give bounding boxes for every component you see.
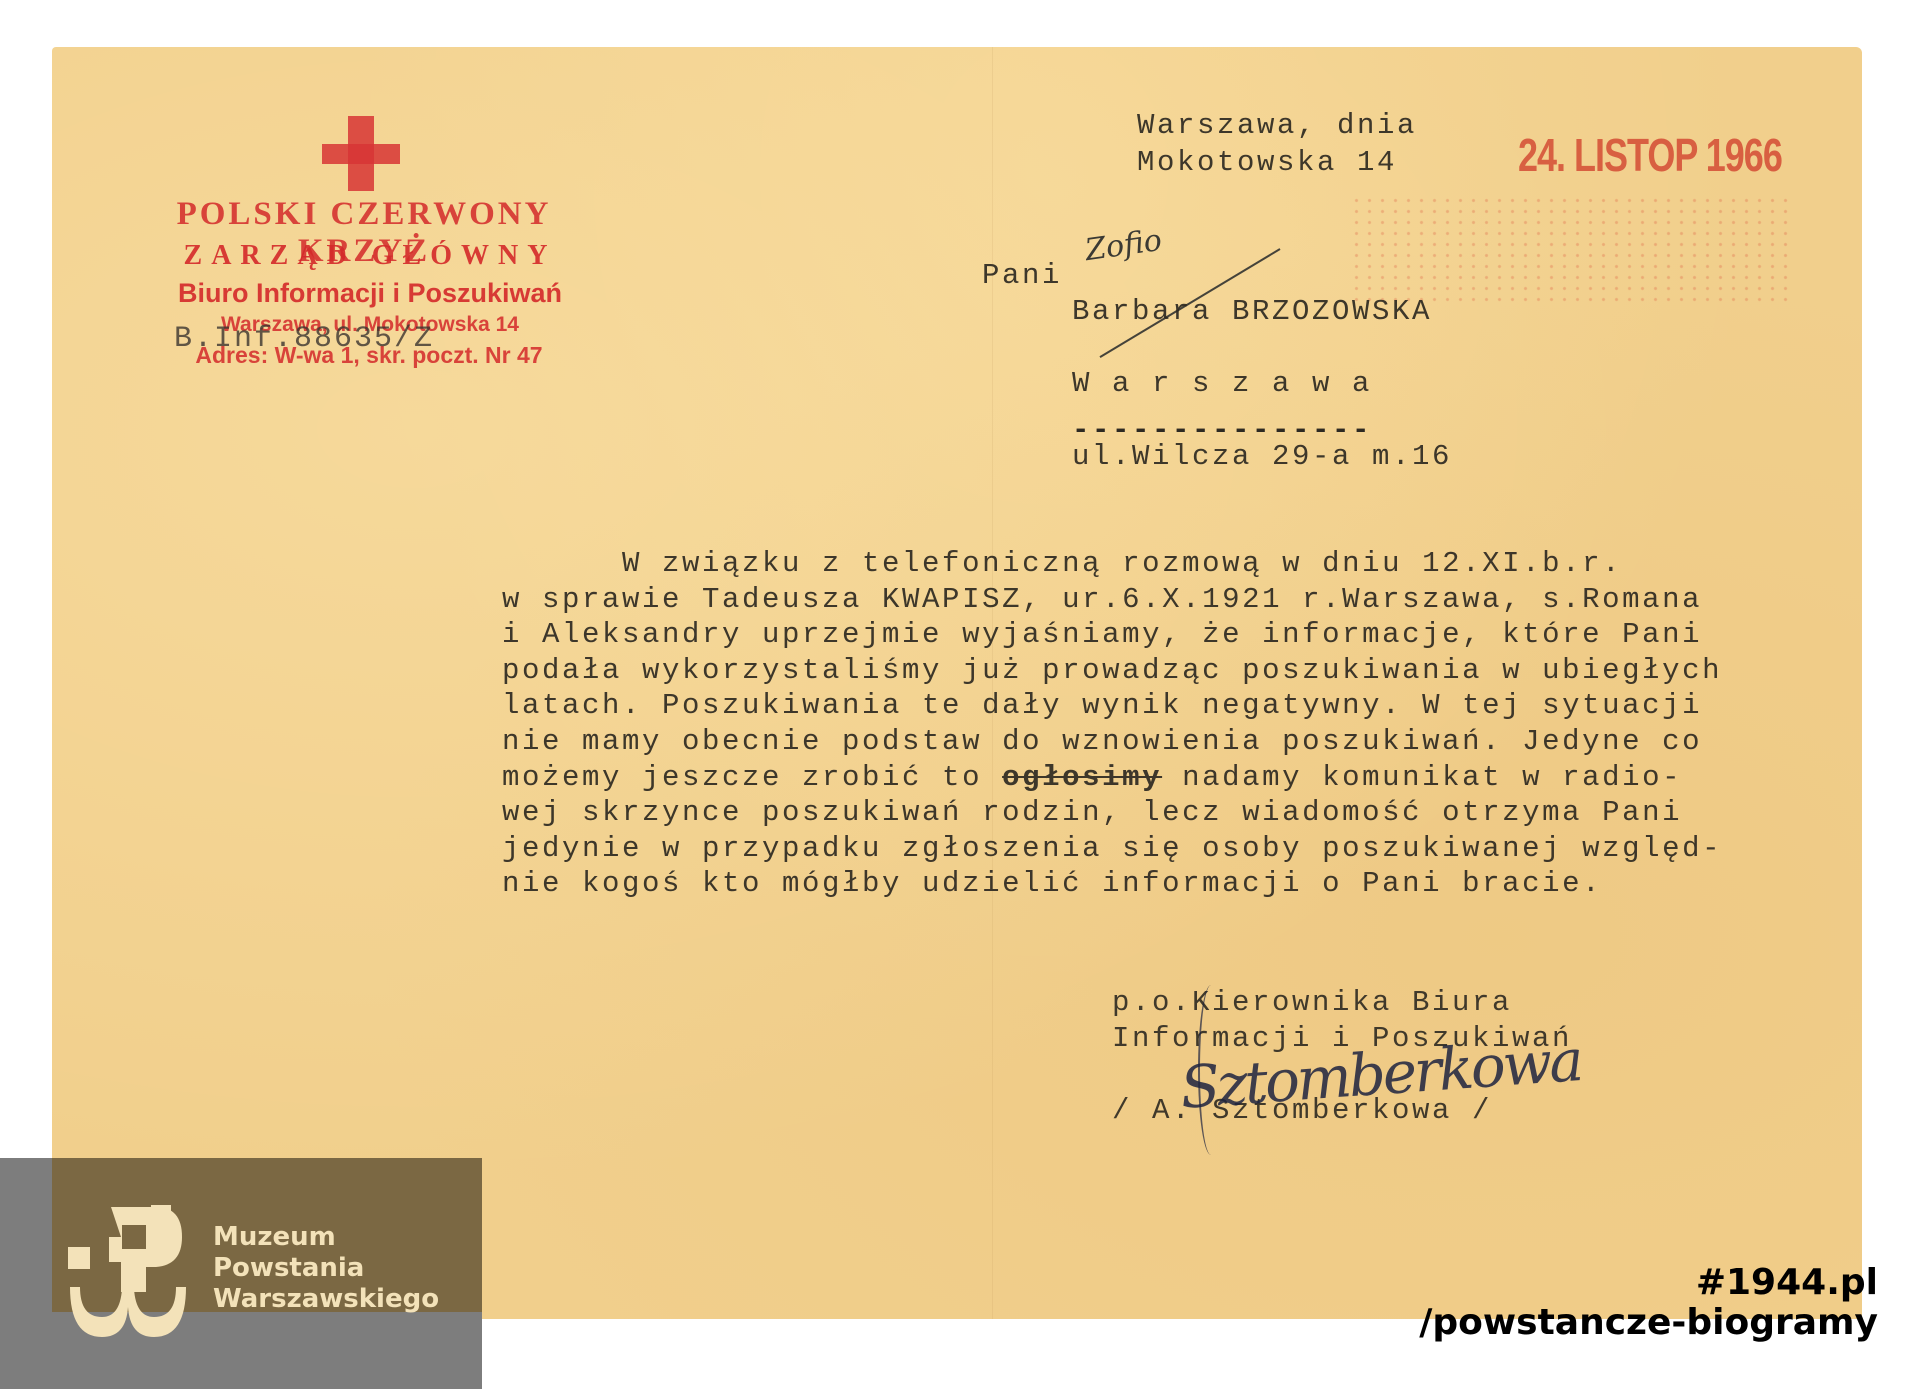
- date-stamp: 24. LISTOP 1966: [1518, 128, 1782, 183]
- faded-stamp-impression: [1350, 195, 1790, 305]
- recipient-salutation: Pani: [982, 258, 1062, 294]
- stamp-board: ZARZĄD GŁÓWNY: [160, 240, 580, 272]
- body-line: wej skrzynce poszukiwań rodzin, lecz wia…: [502, 796, 1682, 829]
- signatory-title: p.o.Kierownika Biura: [1112, 986, 1512, 1019]
- body-line: w sprawie Tadeusza KWAPISZ, ur.6.X.1921 …: [502, 583, 1702, 616]
- url-path-watermark: /powstancze-biogramy: [1419, 1302, 1878, 1343]
- body-line: i Aleksandry uprzejmie wyjaśniamy, że in…: [502, 618, 1702, 651]
- museum-name: Muzeum Powstania Warszawskiego: [213, 1222, 439, 1315]
- body-line: nie mamy obecnie podstaw do wznowienia p…: [502, 725, 1702, 758]
- body-line: możemy jeszcze zrobić to ogłosimy nadamy…: [502, 761, 1682, 794]
- red-cross-icon: [322, 116, 400, 191]
- recipient-address: ul.Wilcza 29-a m.16: [1072, 439, 1452, 475]
- letter-body: W związku z telefoniczną rozmową w dniu …: [502, 546, 1722, 902]
- recipient-city: W a r s z a w a: [1072, 366, 1372, 402]
- sender-street: Mokotowska 14: [1137, 145, 1397, 181]
- place-date: Warszawa, dnia: [1137, 108, 1417, 144]
- body-line-text: możemy jeszcze zrobić to: [502, 761, 1002, 794]
- body-line: jedynie w przypadku zgłoszenia się osoby…: [502, 832, 1722, 865]
- body-line: podała wykorzystaliśmy już prowadząc pos…: [502, 654, 1722, 687]
- body-line: latach. Poszukiwania te dały wynik negat…: [502, 689, 1702, 722]
- body-line: W związku z telefoniczną rozmową w dniu …: [502, 547, 1622, 580]
- body-line: nie kogoś kto mógłby udzielić informacji…: [502, 867, 1602, 900]
- body-line-text: nadamy komunikat w radio-: [1162, 761, 1682, 794]
- struck-word: ogłosimy: [1002, 761, 1162, 794]
- hashtag-watermark: #1944.pl: [1696, 1262, 1878, 1303]
- reference-number: B.Inf.88635/Z: [174, 322, 434, 356]
- kotwica-anchor-icon: [66, 1205, 196, 1340]
- recipient-name: Barbara BRZOZOWSKA: [1072, 294, 1432, 330]
- stamp-bureau: Biuro Informacji i Poszukiwań: [140, 278, 600, 309]
